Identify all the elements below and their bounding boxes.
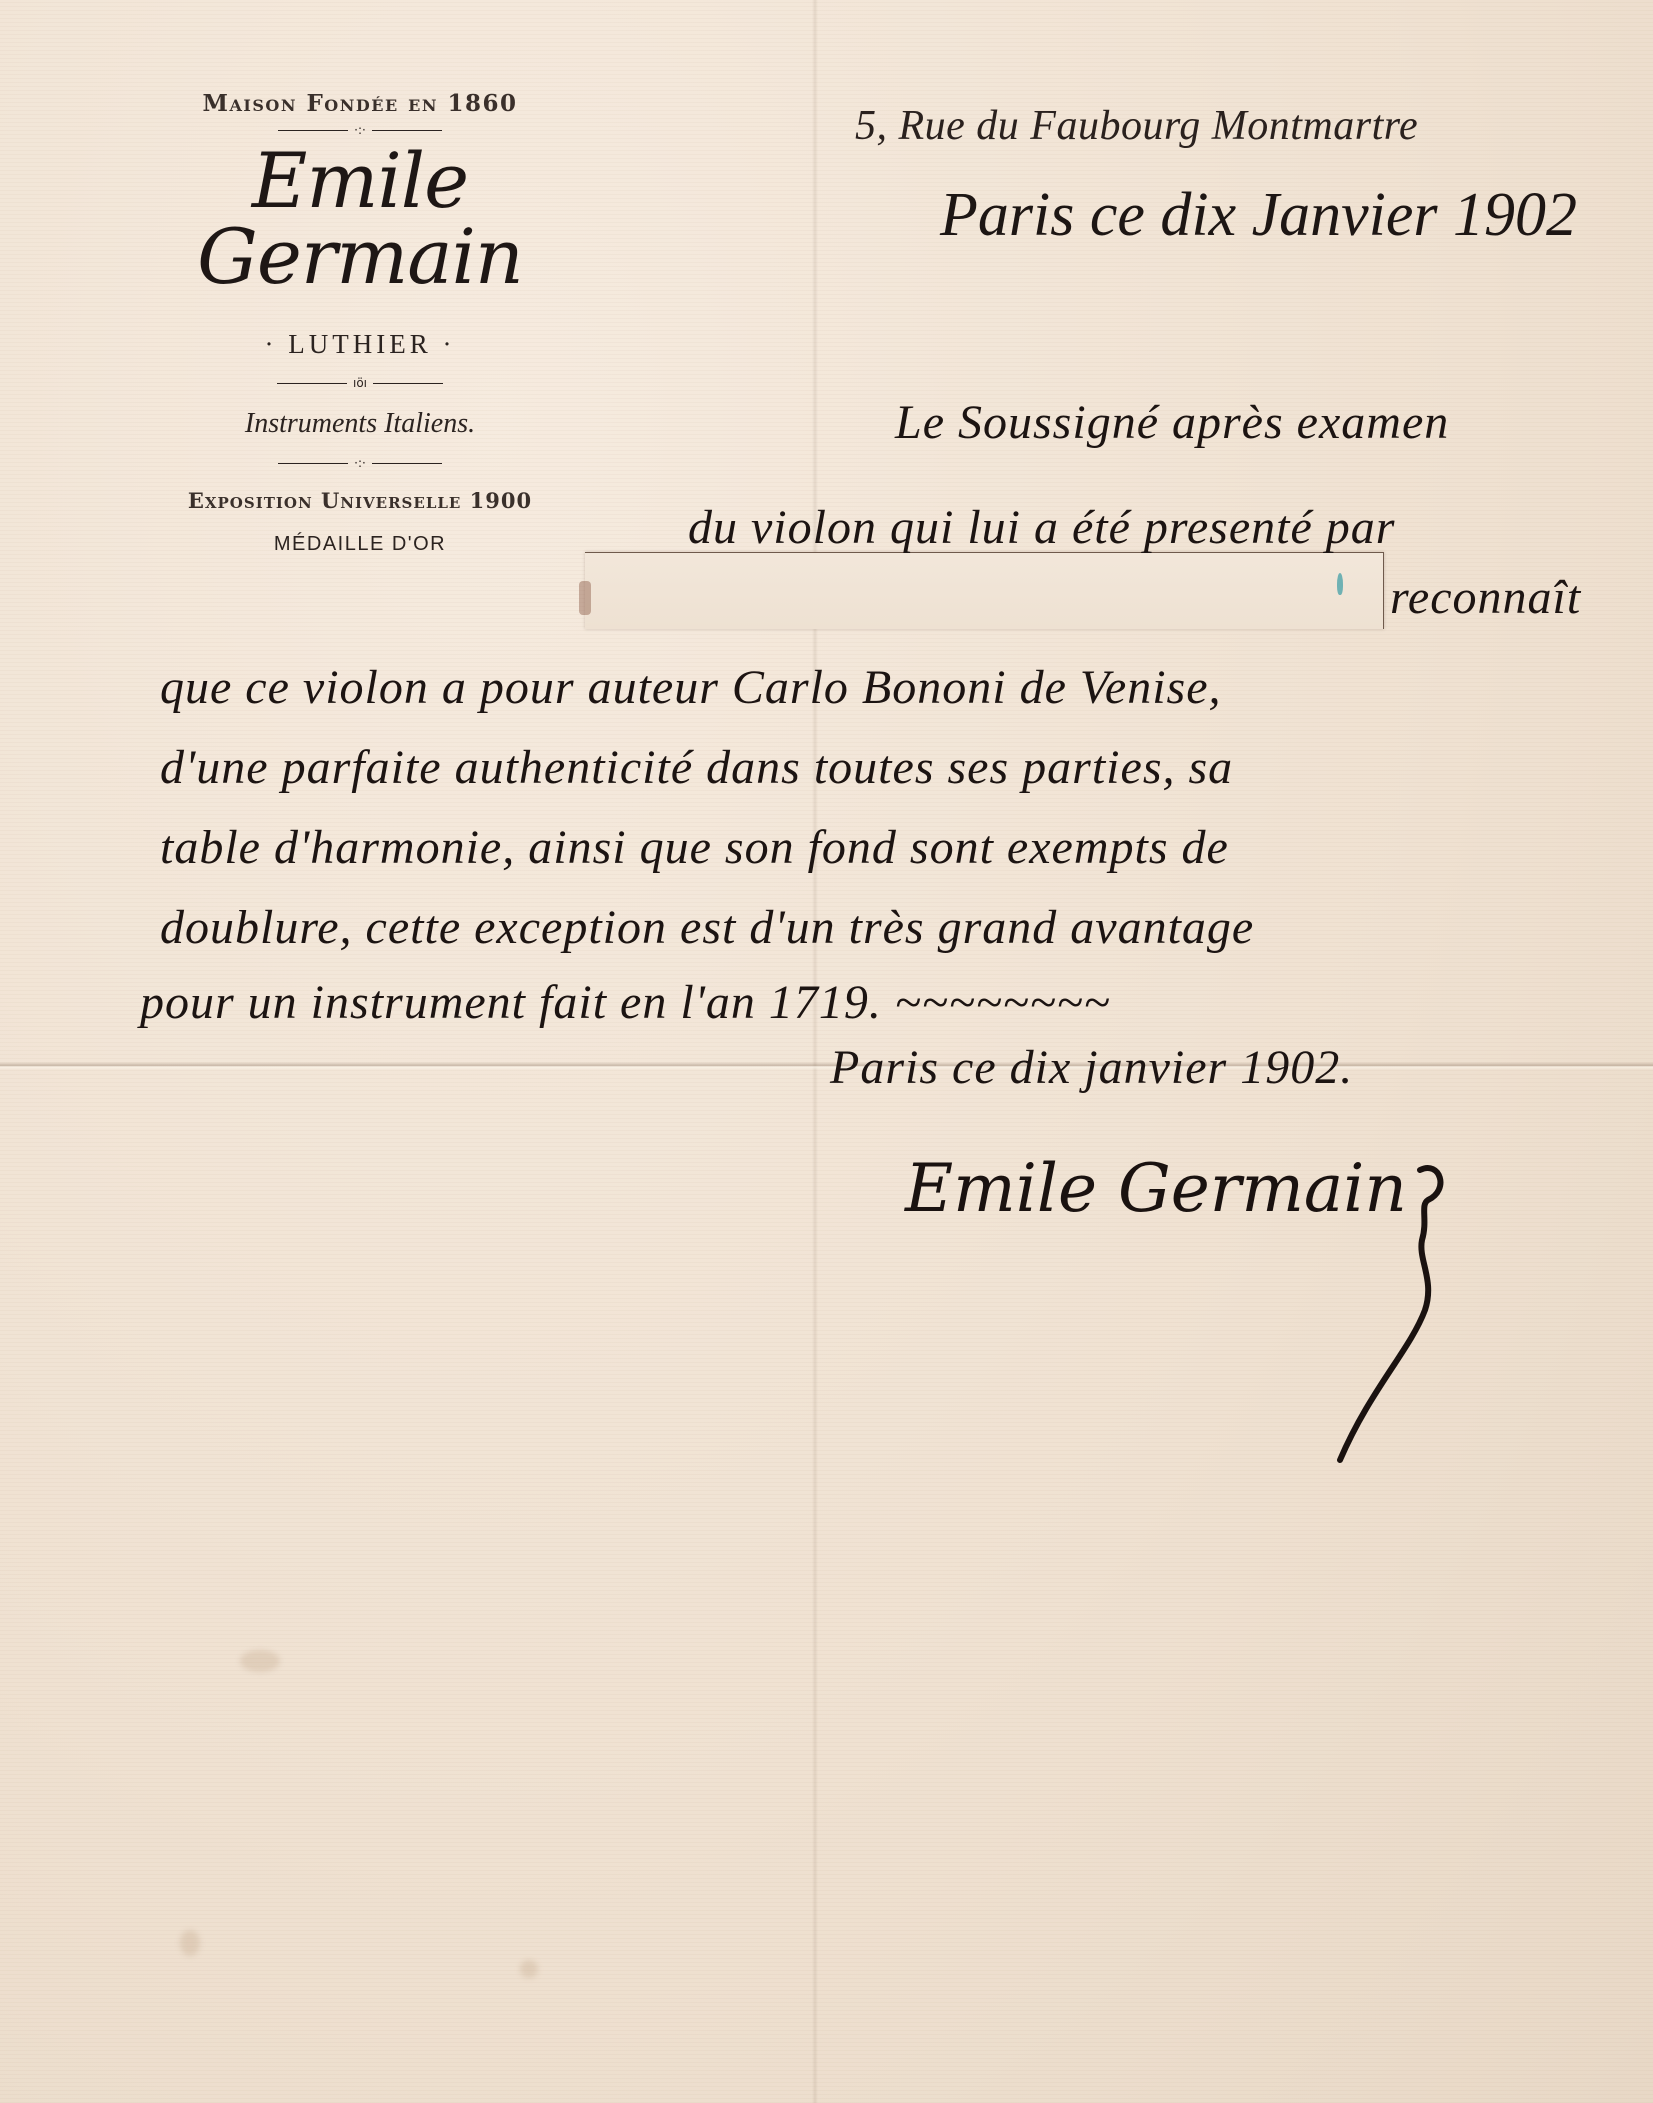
body-line-6: table d'harmonie, ainsi que son fond son… [160,820,1229,875]
body-line-7: doublure, cette exception est d'un très … [160,900,1254,955]
founded-line: Maison Fondée en 1860 [80,90,640,117]
signature-flourish-icon [1300,1160,1460,1480]
specialty-line: Instruments Italiens. [80,408,640,440]
divider-line [278,463,348,464]
body-line-3: reconnaît [1390,570,1581,625]
closing-date: Paris ce dix janvier 1902. [830,1040,1353,1095]
pasted-paper-strip [585,552,1384,629]
vertical-fold-crease [812,0,818,2103]
street-address: 5, Rue du Faubourg Montmartre [855,102,1418,150]
divider-line [278,130,348,131]
ornament-icon: ıöı [353,376,367,390]
horizontal-fold-crease [0,1062,1653,1070]
body-line-4: que ce violon a pour auteur Carlo Bononi… [160,660,1222,715]
ornament-icon: ·:· [354,123,366,137]
divider-line [277,383,347,384]
body-line-2: du violon qui lui a été presenté par [688,500,1395,555]
ornament-icon: ·:· [354,456,366,470]
body-line-1: Le Soussigné après examen [895,395,1449,450]
letter-page: Maison Fondée en 1860 ·:· Emile Germain … [0,0,1653,2103]
paper-stain [240,1650,280,1672]
firm-name: Emile Germain [80,143,640,295]
paper-stain [180,1930,200,1956]
divider-line [373,383,443,384]
divider-line [372,130,442,131]
divider-line [372,463,442,464]
medal-line: MÉDAILLE D'OR [80,533,640,556]
ornament-divider: ·:· [80,123,640,137]
paper-stain [520,1960,538,1978]
ink-mark [579,581,591,615]
body-line-8: pour un instrument fait en l'an 1719. ~~… [140,975,1111,1030]
header-dateline: Paris ce dix Janvier 1902 [940,180,1577,251]
ornament-divider: ıöı [80,376,640,390]
body-line-5: d'une parfaite authenticité dans toutes … [160,740,1233,795]
trade-title: · LUTHIER · [80,329,640,360]
letterhead: Maison Fondée en 1860 ·:· Emile Germain … [80,90,640,556]
ink-mark [1337,573,1343,595]
ornament-divider: ·:· [80,456,640,470]
exposition-line: Exposition Universelle 1900 [80,488,640,513]
